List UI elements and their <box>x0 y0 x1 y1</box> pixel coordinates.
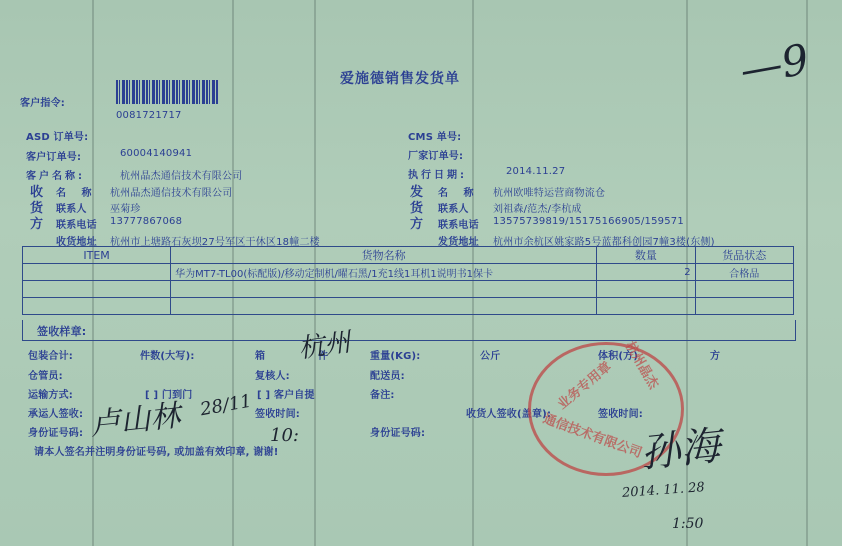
barcode-icon <box>116 80 219 104</box>
package-total-label: 包装合计: <box>28 347 73 362</box>
kg-unit: 公斤 <box>480 347 500 362</box>
sign-stamp-signature: 杭州 <box>296 322 353 366</box>
carrier-signature: 卢山林 <box>88 390 182 443</box>
receiver-contact-label: 联系人 <box>56 200 87 215</box>
customer-order-value: 60004140941 <box>120 148 192 159</box>
carrier-sign-time-label: 签收时间: <box>255 405 300 420</box>
sign-stamp-label: 签收样章: <box>37 323 86 339</box>
goods-table: ITEM 货物名称 数量 货品状态 华为MT7-TL00(标配版)/移动定制机/… <box>22 246 794 315</box>
sender-contact-label: 联系人 <box>438 200 469 215</box>
sender-contact-value: 刘祖森/范杰/李杭成 <box>493 200 582 215</box>
table-row <box>23 298 794 315</box>
exec-date-label: 执行日期: <box>408 166 467 181</box>
handwritten-mark: —9 <box>736 34 812 94</box>
sender-name-label: 名 称 <box>438 184 479 199</box>
cell-status <box>695 281 793 298</box>
header-item: ITEM <box>23 247 171 264</box>
sender-phone-value: 13575739819/15175166905/159571 <box>493 216 684 227</box>
box-unit: 箱 <box>255 347 265 362</box>
delivery-note: 爱施德销售发货单 0081721717 客户指令: ASD 订单号: 客户订单号… <box>0 0 842 546</box>
remarks-label: 备注: <box>370 386 395 401</box>
customer-instruction-label: 客户指令: <box>20 94 65 109</box>
reviewer-label: 复核人: <box>255 367 290 382</box>
volume-unit: 方 <box>710 347 720 362</box>
header-quantity: 数量 <box>597 247 695 264</box>
receiver-name-label: 名 称 <box>56 184 97 199</box>
customer-order-label: 客户订单号: <box>26 148 81 163</box>
asd-order-label: ASD 订单号: <box>26 128 88 143</box>
receiver-name-value: 杭州晶杰通信技术有限公司 <box>110 184 232 199</box>
warehouse-label: 仓管员: <box>28 367 63 382</box>
cms-label: CMS 单号: <box>408 128 461 143</box>
id-number-label-left: 身份证号码: <box>28 424 83 439</box>
deliverer-label: 配送员: <box>370 367 405 382</box>
self-pickup-checkbox: [ ] 客户自提 <box>257 386 315 401</box>
receiver-signature: 孙海 <box>637 414 723 479</box>
cell-goods-name <box>171 298 597 315</box>
cell-status: 合格品 <box>695 264 793 281</box>
receiver-side-label: 方 <box>30 213 43 232</box>
table-header-row: ITEM 货物名称 数量 货品状态 <box>23 247 794 264</box>
sender-phone-label: 联系电话 <box>438 216 479 231</box>
table-row <box>23 281 794 298</box>
weight-label: 重量(KG): <box>370 347 421 362</box>
customer-name-label: 客户名称: <box>26 167 85 182</box>
receiver-sign-date: 2014. 11. 28 <box>622 480 706 501</box>
barcode-number: 0081721717 <box>116 110 182 121</box>
sender-side-label: 方 <box>410 213 423 232</box>
pieces-label: 件数(大写): <box>140 347 195 362</box>
sign-stamp-row: 签收样章: <box>22 320 796 341</box>
document-title: 爱施德销售发货单 <box>340 68 460 88</box>
factory-order-label: 厂家订单号: <box>408 147 463 162</box>
header-status: 货品状态 <box>695 247 793 264</box>
carrier-sign-date: 28/11 <box>199 391 254 421</box>
cell-item <box>23 281 171 298</box>
carrier-sign-time: 10: <box>270 425 299 446</box>
cell-quantity: 2 <box>597 264 695 281</box>
receiver-contact-value: 巫菊珍 <box>110 200 141 215</box>
receiver-phone-value: 13777867068 <box>110 216 182 227</box>
table-row: 华为MT7-TL00(标配版)/移动定制机/曜石黑/1充1线1耳机1说明书1保卡… <box>23 264 794 281</box>
transport-label: 运输方式: <box>28 386 73 401</box>
cell-item <box>23 298 171 315</box>
header-goods-name: 货物名称 <box>171 247 597 264</box>
receiver-phone-label: 联系电话 <box>56 216 97 231</box>
exec-date-value: 2014.11.27 <box>506 166 565 177</box>
cell-status <box>695 298 793 315</box>
id-number-label-right: 身份证号码: <box>370 424 425 439</box>
receiver-sign-time: 1:50 <box>672 516 703 532</box>
carrier-sign-label: 承运人签收: <box>28 405 83 420</box>
sender-name-value: 杭州欧唯特运营商物流仓 <box>493 184 605 199</box>
cell-quantity <box>597 298 695 315</box>
cell-goods-name: 华为MT7-TL00(标配版)/移动定制机/曜石黑/1充1线1耳机1说明书1保卡 <box>171 264 597 281</box>
customer-name-value: 杭州晶杰通信技术有限公司 <box>120 167 242 182</box>
cell-item <box>23 264 171 281</box>
notice-text: 请本人签名并注明身份证号码, 或加盖有效印章, 谢谢! <box>34 443 279 458</box>
cell-quantity <box>597 281 695 298</box>
cell-goods-name <box>171 281 597 298</box>
